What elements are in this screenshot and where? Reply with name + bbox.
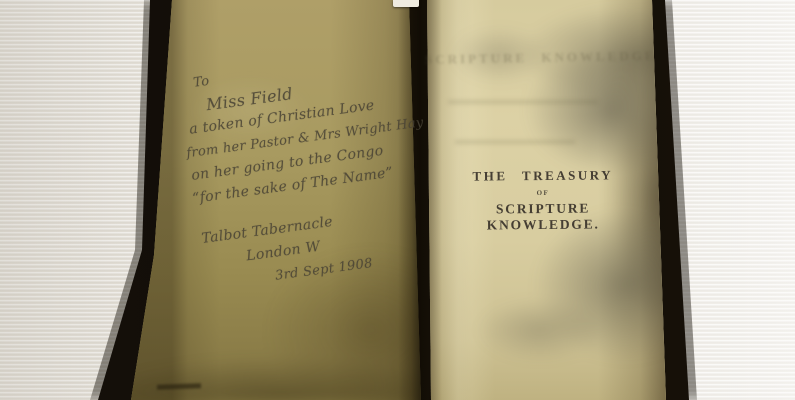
show-through-smudge xyxy=(448,100,598,104)
title-line: SCRIPTURE KNOWLEDGE. xyxy=(436,200,650,234)
handwritten-inscription: To Miss Field a token of Christian Love … xyxy=(176,41,459,297)
title-page-text: THE TREASURY OF SCRIPTURE KNOWLEDGE. xyxy=(436,167,651,234)
title-line: OF xyxy=(436,188,650,198)
bookmark-tab xyxy=(393,0,419,7)
title-line: THE TREASURY xyxy=(436,167,650,185)
show-through-smudge xyxy=(455,140,575,144)
book-photograph: SCRIPTURE KNOWLEDGE To Miss Field a toke… xyxy=(0,0,795,400)
